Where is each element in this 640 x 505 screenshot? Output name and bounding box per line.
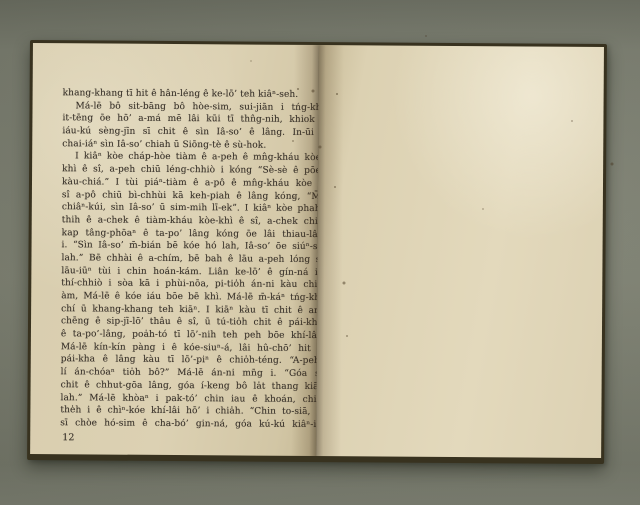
photo-background: khang-khang tī hit ê hân-léng ê ke-lō’ t… [0,0,640,505]
text-line: sī chòe hó-sim ê cha-bó’ gin-ná, góa kú-… [60,417,318,432]
book-pages: khang-khang tī hit ê hân-léng ê ke-lō’ t… [30,43,604,458]
open-book: khang-khang tī hit ê hân-léng ê ke-lō’ t… [27,40,607,464]
text-line: kàu-chiá.” I tùi piáⁿ-tiàm ê a-pô ê mn̂g… [62,176,319,191]
text-line: chit ê chhut-gōa lâng, góa í-keng bô la̍… [61,379,319,394]
paper-specks [0,0,2,2]
right-page: teh chhōe chit khoán ê lâng, taⁿ góa bô … [316,45,604,458]
left-page: khang-khang tī hit ê hân-léng ê ke-lō’ t… [30,43,318,456]
page-number: 12 [60,432,318,447]
left-page-text: khang-khang tī hit ê hân-léng ê ke-lō’ t… [60,87,318,446]
text-line: thih ê a-chek ê tiàm-kháu kòe-khì ê sî, … [62,214,319,229]
